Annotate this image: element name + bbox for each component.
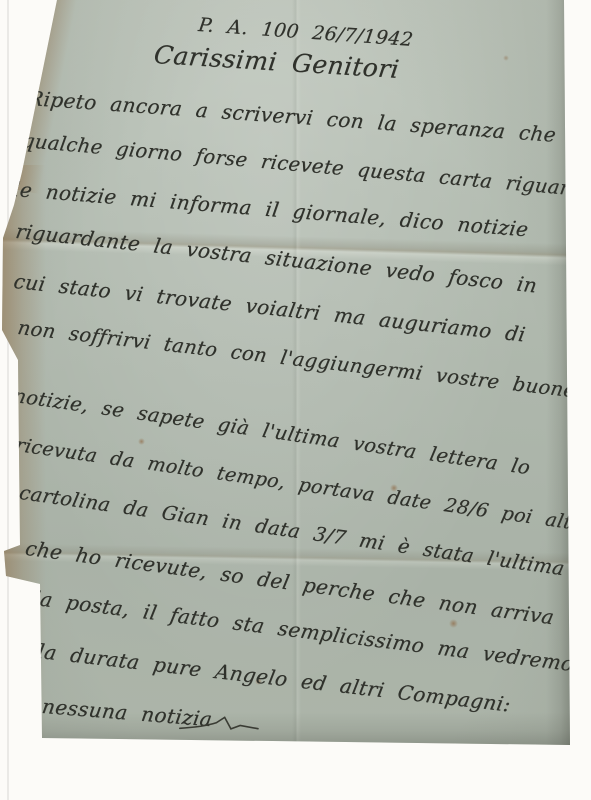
scanned-letter: P. A. 100 26/7/1942 Carissimi Genitori R… — [0, 0, 591, 800]
paper-vignette — [0, 0, 591, 800]
letter-paper: P. A. 100 26/7/1942 Carissimi Genitori R… — [0, 0, 591, 800]
